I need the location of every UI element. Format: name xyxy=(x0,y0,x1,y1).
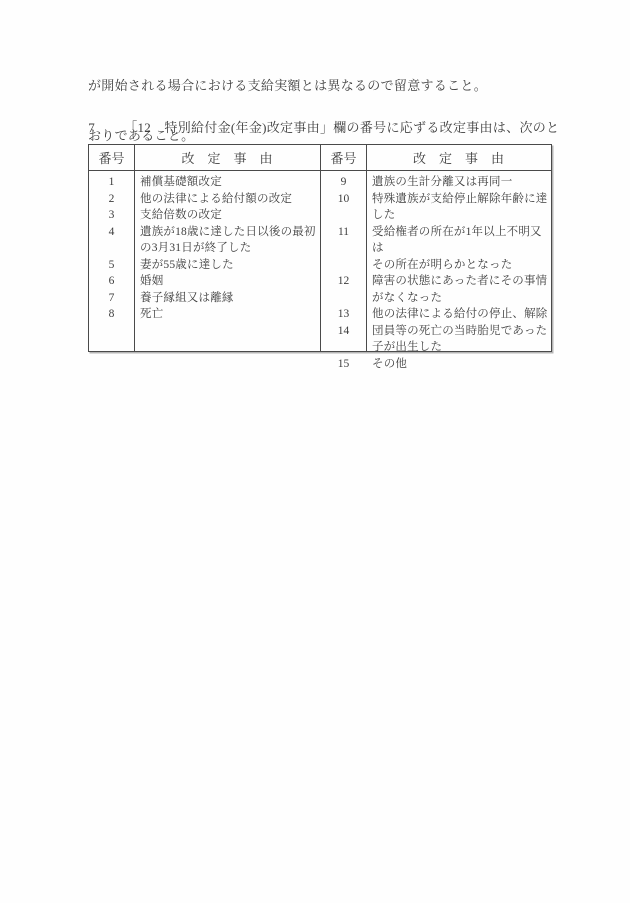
row-number: 4 xyxy=(89,224,134,241)
row-number: 6 xyxy=(89,273,134,290)
table-body-left: 1 補償基礎額改定 2 他の法律による給付額の改定 3 支給倍数の改定 4 遺族… xyxy=(89,171,320,323)
row-reason: 婚姻 xyxy=(134,273,320,290)
table-row: 15 その他 xyxy=(321,356,551,373)
document-page: が開始される場合における支給実額とは異なるので留意すること。 7「12 特別給付… xyxy=(0,0,630,903)
row-number: 7 xyxy=(89,290,134,307)
row-reason: 障害の状態にあった者にその事情 がなくなった xyxy=(366,273,551,306)
item-7-continuation: おりであること。 xyxy=(88,127,194,144)
row-reason: 他の法律による給付額の改定 xyxy=(134,191,320,208)
row-number: 15 xyxy=(321,356,366,373)
row-reason: 団員等の死亡の当時胎児であった 子が出生した xyxy=(366,323,551,356)
table-row: 1 補償基礎額改定 xyxy=(89,174,320,191)
row-reason: その他 xyxy=(366,356,551,373)
table-row: 4 遺族が18歳に達した日以後の最初 の3月31日が終了した xyxy=(89,224,320,257)
column-header-number: 番号 xyxy=(89,148,134,167)
table-row: 7 養子縁組又は離縁 xyxy=(89,290,320,307)
table-row: 8 死亡 xyxy=(89,306,320,323)
row-number: 11 xyxy=(321,224,366,241)
row-reason: 遺族が18歳に達した日以後の最初 の3月31日が終了した xyxy=(134,224,320,257)
row-number: 5 xyxy=(89,257,134,274)
row-number: 9 xyxy=(321,174,366,191)
row-number: 10 xyxy=(321,191,366,208)
column-header-reason: 改 定 事 由 xyxy=(134,148,320,167)
row-number: 12 xyxy=(321,273,366,290)
row-reason: 他の法律による給付の停止、解除 xyxy=(366,306,551,323)
column-header-number: 番号 xyxy=(321,148,366,167)
row-number: 8 xyxy=(89,306,134,323)
revision-reason-table: 番号 改 定 事 由 1 補償基礎額改定 2 他の法律による給付額の改定 3 支… xyxy=(88,144,552,352)
column-divider xyxy=(366,145,367,351)
table-row: 5 妻が55歳に達した xyxy=(89,257,320,274)
paragraph-intro: が開始される場合における支給実額とは異なるので留意すること。 xyxy=(88,77,487,94)
row-number: 14 xyxy=(321,323,366,340)
row-reason: 受給権者の所在が1年以上不明又は その所在が明らかとなった xyxy=(366,224,551,274)
column-divider xyxy=(134,145,135,351)
row-reason: 遺族の生計分離又は再同一 xyxy=(366,174,551,191)
row-number: 13 xyxy=(321,306,366,323)
row-number: 3 xyxy=(89,207,134,224)
table-row: 14 団員等の死亡の当時胎児であった 子が出生した xyxy=(321,323,551,356)
row-reason: 支給倍数の改定 xyxy=(134,207,320,224)
row-reason: 死亡 xyxy=(134,306,320,323)
table-header-row: 番号 改 定 事 由 xyxy=(89,145,320,171)
table-body-right: 9 遺族の生計分離又は再同一 10 特殊遺族が支給停止解除年齢に達 した 11 … xyxy=(321,171,551,372)
table-row: 11 受給権者の所在が1年以上不明又は その所在が明らかとなった xyxy=(321,224,551,274)
table-left-half: 番号 改 定 事 由 1 補償基礎額改定 2 他の法律による給付額の改定 3 支… xyxy=(89,145,320,351)
table-row: 13 他の法律による給付の停止、解除 xyxy=(321,306,551,323)
row-number: 1 xyxy=(89,174,134,191)
table-row: 6 婚姻 xyxy=(89,273,320,290)
row-reason: 養子縁組又は離縁 xyxy=(134,290,320,307)
table-row: 3 支給倍数の改定 xyxy=(89,207,320,224)
table-right-half: 番号 改 定 事 由 9 遺族の生計分離又は再同一 10 特殊遺族が支給停止解除… xyxy=(320,145,551,351)
row-reason: 妻が55歳に達した xyxy=(134,257,320,274)
table-row: 9 遺族の生計分離又は再同一 xyxy=(321,174,551,191)
table-row: 12 障害の状態にあった者にその事情 がなくなった xyxy=(321,273,551,306)
table-row: 10 特殊遺族が支給停止解除年齢に達 した xyxy=(321,191,551,224)
row-number: 2 xyxy=(89,191,134,208)
row-reason: 特殊遺族が支給停止解除年齢に達 した xyxy=(366,191,551,224)
row-reason: 補償基礎額改定 xyxy=(134,174,320,191)
table-header-row: 番号 改 定 事 由 xyxy=(321,145,551,171)
table-row: 2 他の法律による給付額の改定 xyxy=(89,191,320,208)
column-header-reason: 改 定 事 由 xyxy=(366,148,551,167)
